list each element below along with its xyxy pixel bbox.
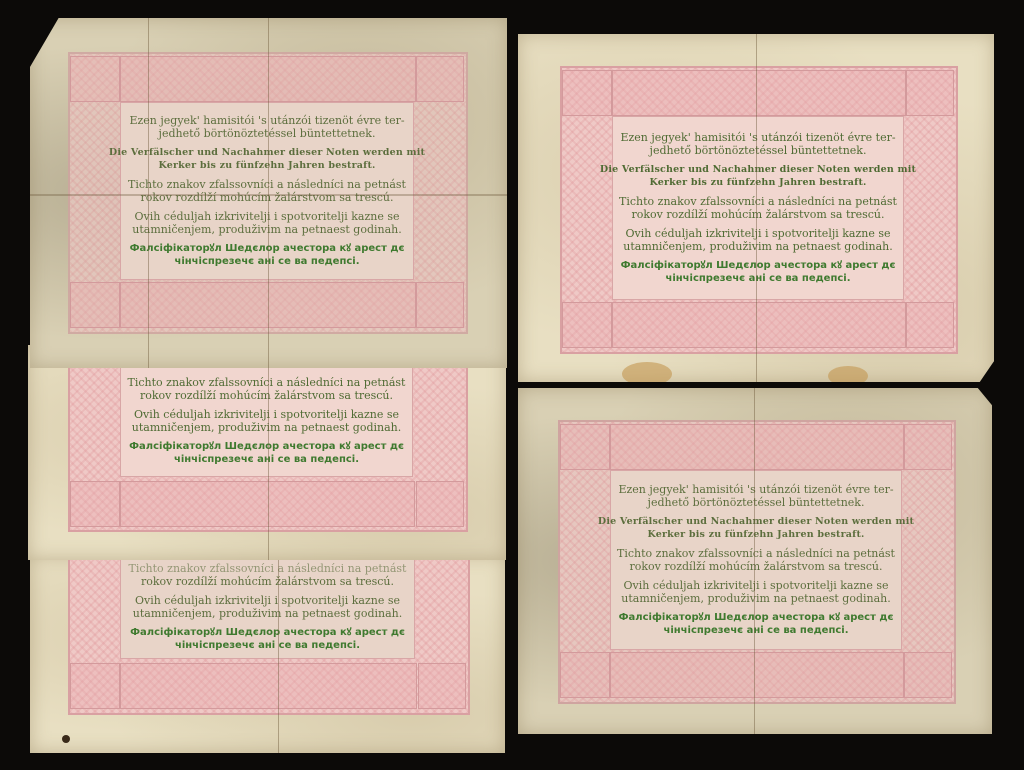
croatian-line-2: utamničenjem, produživim na petnaest god… [132, 421, 402, 434]
ornamental-corner [70, 481, 120, 527]
ornamental-corner [560, 424, 610, 470]
croatian-line-1: Ovih céduljah izkrivitelji i spotvoritel… [625, 227, 890, 240]
ornamental-corner [70, 282, 120, 328]
ornamental-corner [70, 56, 120, 102]
ornamental-corner [70, 663, 120, 709]
hungarian-line-1: Ezen jegyek' hamisitói 's utánzói tizenö… [620, 131, 895, 144]
slovak-line-1: Tichto znakov zfalssovníci a následníci … [617, 547, 895, 560]
warning-text-panel: Ezen jegyek' hamisitói 's utánzói tizenö… [610, 470, 902, 650]
ornamental-corner [904, 652, 952, 698]
romanian-cyrillic-line-1: Фалсіфікаторꙋл Шедєлор ачестора кꙋ арест… [621, 259, 896, 272]
hungarian-line-2: jedhető börtönöztetéssel büntettetnek. [648, 496, 865, 509]
slovak-line-1: Tichto znakov zfalssovníci a následníci … [129, 562, 407, 575]
romanian-cyrillic-line-2: чінчіспрезечє ані се ва педепсі. [174, 255, 359, 268]
slovak-line-1: Tichto znakov zfalssovníci a následníci … [619, 195, 897, 208]
left-banknote-middle-section: Tichto znakov zfalssovníci a následníci … [28, 345, 506, 560]
ornamental-bottom-band [610, 652, 904, 698]
german-line-1: Die Verfälscher und Nachahmer dieser Not… [600, 163, 916, 176]
fold-crease [268, 345, 269, 560]
water-stain [828, 366, 868, 386]
romanian-cyrillic-line-2: чінчіспрезечє ані се ва педепсі. [175, 639, 360, 652]
german-line-1: Die Verfälscher und Nachahmer dieser Not… [109, 146, 425, 159]
ornamental-corner [904, 424, 952, 470]
german-line-2: Kerker bis zu fünfzehn Jahren bestraft. [649, 176, 866, 189]
croatian-line-1: Ovih céduljah izkrivitelji i spotvoritel… [135, 594, 400, 607]
hungarian-line-1: Ezen jegyek' hamisitói 's utánzói tizenö… [618, 483, 893, 496]
german-line-1: Die Verfälscher und Nachahmer dieser Not… [598, 515, 914, 528]
german-line-2: Kerker bis zu fünfzehn Jahren bestraft. [158, 159, 375, 172]
warning-text-panel: Ezen jegyek' hamisitói 's utánzói tizenö… [120, 102, 414, 280]
ornamental-corner [562, 302, 612, 348]
slovak-line-2: rokov rozdílží mohúcím žalárstvom sa tre… [631, 208, 884, 221]
slovak-line-2: rokov rozdílží mohúcím žalárstvom sa tre… [140, 389, 393, 402]
croatian-line-1: Ovih céduljah izkrivitelji i spotvoritel… [134, 408, 399, 421]
ornamental-corner [418, 663, 466, 709]
slovak-line-1: Tichto znakov zfalssovníci a následníci … [128, 376, 406, 389]
croatian-line-2: utamničenjem, produživim na petnaest god… [623, 240, 893, 253]
fold-crease [268, 18, 269, 368]
ornamental-corner [416, 481, 464, 527]
romanian-cyrillic-line-1: Фалсіфікаторꙋл Шедєлор ачестора кꙋ арест… [129, 440, 404, 453]
ornamental-bottom-band [120, 663, 417, 709]
croatian-line-2: utamničenjem, produživim na petnaest god… [132, 223, 402, 236]
right-top-banknote: Ezen jegyek' hamisitói 's utánzói tizenö… [518, 34, 994, 382]
fold-crease [30, 194, 507, 196]
ornamental-corner [416, 56, 464, 102]
ornamental-bottom-band [612, 302, 906, 348]
ornamental-top-band [610, 424, 904, 470]
ornamental-top-band [612, 70, 906, 116]
fold-crease [148, 18, 149, 368]
left-banknote-top-section: Ezen jegyek' hamisitói 's utánzói tizenö… [30, 18, 507, 368]
romanian-cyrillic-line-2: чінчіспрезечє ані се ва педепсі. [174, 453, 359, 466]
fold-crease [756, 34, 757, 382]
romanian-cyrillic-line-1: Фалсіфікаторꙋл Шедєлор ачестора кꙋ арест… [130, 242, 405, 255]
right-bottom-banknote: Ezen jegyek' hamisitói 's utánzói tizenö… [518, 388, 992, 734]
slovak-line-2: rokov rozdílží mohúcím žalárstvom sa tre… [140, 191, 393, 204]
left-banknote-bottom-section: Tichto znakov zfalssovníci a následníci … [30, 555, 505, 753]
fold-crease [278, 555, 279, 753]
romanian-cyrillic-line-1: Фалсіфікаторꙋл Шедєлор ачестора кꙋ арест… [619, 611, 894, 624]
warning-text-panel: Tichto znakov zfalssovníci a následníci … [120, 365, 413, 477]
romanian-cyrillic-line-2: чінчіспрезечє ані се ва педепсі. [663, 624, 848, 637]
ornamental-corner [416, 282, 464, 328]
hungarian-line-2: jedhető börtönöztetéssel büntettetnek. [650, 144, 867, 157]
romanian-cyrillic-line-1: Фалсіфікаторꙋл Шедєлор ачестора кꙋ арест… [130, 626, 405, 639]
croatian-line-1: Ovih céduljah izkrivitelji i spotvoritel… [134, 210, 399, 223]
croatian-line-2: utamničenjem, produživim na petnaest god… [133, 607, 403, 620]
croatian-line-2: utamničenjem, produživim na petnaest god… [621, 592, 891, 605]
ornamental-corner [906, 70, 954, 116]
fold-crease [754, 388, 755, 734]
slovak-line-2: rokov rozdílží mohúcím žalárstvom sa tre… [629, 560, 882, 573]
ink-spot [62, 735, 70, 743]
ornamental-corner [562, 70, 612, 116]
croatian-line-1: Ovih céduljah izkrivitelji i spotvoritel… [623, 579, 888, 592]
slovak-line-2: rokov rozdílží mohúcím žalárstvom sa tre… [141, 575, 394, 588]
slovak-line-1: Tichto znakov zfalssovníci a následníci … [128, 178, 406, 191]
hungarian-line-1: Ezen jegyek' hamisitói 's utánzói tizenö… [129, 114, 404, 127]
hungarian-line-2: jedhető börtönöztetéssel büntettetnek. [159, 127, 376, 140]
german-line-2: Kerker bis zu fünfzehn Jahren bestraft. [647, 528, 864, 541]
water-stain [622, 362, 672, 386]
warning-text-panel: Tichto znakov zfalssovníci a následníci … [120, 555, 415, 659]
ornamental-corner [906, 302, 954, 348]
romanian-cyrillic-line-2: чінчіспрезечє ані се ва педепсі. [665, 272, 850, 285]
warning-text-panel: Ezen jegyek' hamisitói 's utánzói tizenö… [612, 116, 904, 300]
ornamental-corner [560, 652, 610, 698]
